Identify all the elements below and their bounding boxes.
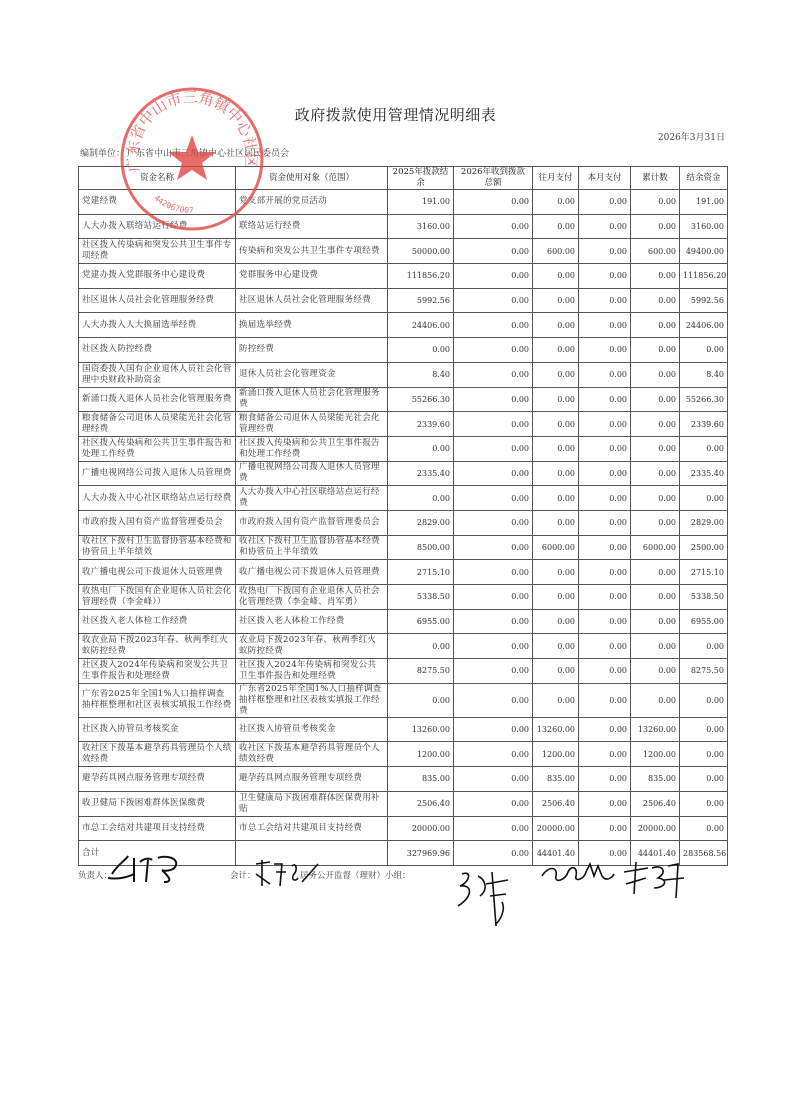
unit-label: 编制单位： [80,149,125,159]
remaining-balance-cell: 2500.00 [680,535,728,560]
received-2026-cell: 0.00 [454,816,533,841]
this-month-paid-cell: 0.00 [579,486,631,511]
this-month-paid-cell: 0.00 [579,767,631,792]
this-month-paid-cell: 0.00 [579,659,631,684]
cumulative-cell: 0.00 [631,264,680,289]
fund-name-cell: 收热电厂下拨国有企业退休人员社会化管理经费（李金峰）） [79,585,236,610]
cumulative-cell: 1200.00 [631,742,680,767]
fund-name-cell: 合计 [79,841,236,866]
report-date: 2026年3月31日 [658,130,725,143]
balance-2025-cell: 20000.00 [388,816,454,841]
previous-months-paid-cell: 0.00 [533,412,579,437]
received-2026-cell: 0.00 [454,313,533,338]
previous-months-paid-cell: 1200.00 [533,742,579,767]
fund-scope-cell: 收热电厂下拨国有企业退休人员社会化管理经费（李金峰、肖军勇） [236,585,388,610]
table-total-row: 合计327969.960.0044401.400.0044401.4028356… [79,841,728,866]
cumulative-cell: 600.00 [631,239,680,264]
balance-2025-cell: 0.00 [388,436,454,461]
accountant-label: 会计： [230,869,256,881]
received-2026-cell: 0.00 [454,264,533,289]
remaining-balance-cell: 2335.40 [680,461,728,486]
previous-months-paid-cell: 13260.00 [533,717,579,742]
remaining-balance-cell: 5992.56 [680,288,728,313]
fund-scope-cell: 市政府拨入国有资产监督管理委员会 [236,510,388,535]
this-month-paid-cell: 0.00 [579,742,631,767]
table-row: 收热电厂下拨国有企业退休人员社会化管理经费（李金峰））收热电厂下拨国有企业退休人… [79,585,728,610]
cumulative-cell: 0.00 [631,683,680,717]
this-month-paid-cell: 0.00 [579,535,631,560]
this-month-paid-cell: 0.00 [579,816,631,841]
balance-2025-cell: 327969.96 [388,841,454,866]
fund-name-cell: 党建办拨入党群服务中心建设费 [79,264,236,289]
received-2026-cell: 0.00 [454,362,533,387]
remaining-balance-cell: 0.00 [680,791,728,816]
fund-scope-cell: 社区拨入老人体检工作经费 [236,609,388,634]
received-2026-cell: 0.00 [454,510,533,535]
balance-2025-cell: 8275.50 [388,659,454,684]
table-row: 收社区下拨基本避孕药具管理员个人绩效经费收社区下拨基本避孕药具管理员个人绩效经费… [79,742,728,767]
remaining-balance-cell: 8275.50 [680,659,728,684]
table-row: 收农业局下拨2023年春、秋两季红火蚁防控经费农业局下拨2023年春、秋两季红火… [79,634,728,659]
this-month-paid-cell: 0.00 [579,560,631,585]
cumulative-cell: 2506.40 [631,791,680,816]
fund-scope-cell: 联络站运行经费 [236,214,388,239]
cumulative-cell: 44401.40 [631,841,680,866]
cumulative-cell: 0.00 [631,486,680,511]
cumulative-cell: 0.00 [631,362,680,387]
cumulative-cell: 0.00 [631,560,680,585]
fund-name-cell: 党建经费 [79,190,236,215]
header-2026-received: 2026年收到拨款总额 [454,167,533,190]
this-month-paid-cell: 0.00 [579,634,631,659]
header-scope: 资金使用对象（范围） [236,167,388,190]
cumulative-cell: 0.00 [631,288,680,313]
fund-scope-cell: 收社区下拨村卫生监督协管基本经费和协管员上半年绩效 [236,535,388,560]
table-row: 人大办拨入中心社区联络站点运行经费人大办拨入中心社区联络站点运行经费0.000.… [79,486,728,511]
fund-name-cell: 社区拨入传染病和公共卫生事件报告和处理工作经费 [79,436,236,461]
remaining-balance-cell: 49400.00 [680,239,728,264]
cumulative-cell: 0.00 [631,214,680,239]
this-month-paid-cell: 0.00 [579,190,631,215]
fund-scope-cell: 收广播电视公司下拨退休人员管理费 [236,560,388,585]
remaining-balance-cell: 0.00 [680,634,728,659]
balance-2025-cell: 13260.00 [388,717,454,742]
balance-2025-cell: 0.00 [388,486,454,511]
cumulative-cell: 0.00 [631,659,680,684]
funds-table: 资金名称 资金使用对象（范围） 2025年拨款结余 2026年收到拨款总额 往月… [78,166,728,866]
previous-months-paid-cell: 2506.40 [533,791,579,816]
received-2026-cell: 0.00 [454,387,533,412]
table-row: 新涌口拨入退休人员社会化管理服务费新涌口拨入退休人员社会化管理服务费55266.… [79,387,728,412]
table-row: 社区拨入2024年传染病和突发公共卫生事件报告和处理经费社区拨入2024年传染病… [79,659,728,684]
remaining-balance-cell: 0.00 [680,742,728,767]
balance-2025-cell: 50000.00 [388,239,454,264]
remaining-balance-cell: 0.00 [680,717,728,742]
balance-2025-cell: 24406.00 [388,313,454,338]
cumulative-cell: 0.00 [631,313,680,338]
cumulative-cell: 0.00 [631,609,680,634]
cumulative-cell: 13260.00 [631,717,680,742]
received-2026-cell: 0.00 [454,742,533,767]
header-2025-balance: 2025年拨款结余 [388,167,454,190]
balance-2025-cell: 1200.00 [388,742,454,767]
previous-months-paid-cell: 0.00 [533,486,579,511]
received-2026-cell: 0.00 [454,659,533,684]
balance-2025-cell: 2339.60 [388,412,454,437]
received-2026-cell: 0.00 [454,535,533,560]
previous-months-paid-cell: 0.00 [533,362,579,387]
fund-scope-cell: 退休人员社会化管理资金 [236,362,388,387]
cumulative-cell: 0.00 [631,634,680,659]
this-month-paid-cell: 0.00 [579,585,631,610]
fund-scope-cell: 收社区下拨基本避孕药具管理员个人绩效经费 [236,742,388,767]
previous-months-paid-cell: 835.00 [533,767,579,792]
fund-scope-cell: 党群服务中心建设费 [236,264,388,289]
balance-2025-cell: 8500.00 [388,535,454,560]
fund-scope-cell [236,841,388,866]
previous-months-paid-cell: 0.00 [533,313,579,338]
received-2026-cell: 0.00 [454,791,533,816]
this-month-paid-cell: 0.00 [579,683,631,717]
this-month-paid-cell: 0.00 [579,609,631,634]
table-row: 社区退休人员社会化管理服务经费社区退休人员社会化管理服务经费5992.560.0… [79,288,728,313]
cumulative-cell: 0.00 [631,338,680,363]
table-row: 人大办拨入人大换届选举经费换届选举经费24406.000.000.000.000… [79,313,728,338]
this-month-paid-cell: 0.00 [579,264,631,289]
balance-2025-cell: 0.00 [388,683,454,717]
previous-months-paid-cell: 0.00 [533,659,579,684]
this-month-paid-cell: 0.00 [579,214,631,239]
table-row: 国资委拨入国有企业退休人员社会化管理中央财政补助资金退休人员社会化管理资金8.4… [79,362,728,387]
fund-scope-cell: 社区拨入传染病和公共卫生事件报告和处理工作经费 [236,436,388,461]
fund-name-cell: 收社区下拨村卫生监督协管基本经费和协管员上半年绩效 [79,535,236,560]
cumulative-cell: 0.00 [631,510,680,535]
balance-2025-cell: 55266.30 [388,387,454,412]
this-month-paid-cell: 0.00 [579,338,631,363]
remaining-balance-cell: 24406.00 [680,313,728,338]
responsible-person-label: 负责人： [78,869,112,881]
remaining-balance-cell: 2715.10 [680,560,728,585]
previous-months-paid-cell: 0.00 [533,288,579,313]
fund-name-cell: 收农业局下拨2023年春、秋两季红火蚁防控经费 [79,634,236,659]
table-row: 收社区下拨村卫生监督协管基本经费和协管员上半年绩效收社区下拨村卫生监督协管基本经… [79,535,728,560]
fund-scope-cell: 防控经费 [236,338,388,363]
received-2026-cell: 0.00 [454,841,533,866]
previous-months-paid-cell: 0.00 [533,683,579,717]
previous-months-paid-cell: 0.00 [533,338,579,363]
fund-name-cell: 社区拨入老人体检工作经费 [79,609,236,634]
this-month-paid-cell: 0.00 [579,387,631,412]
table-row: 收广播电视公司下拨退休人员管理费收广播电视公司下拨退休人员管理费2715.100… [79,560,728,585]
fund-scope-cell: 农业局下拨2023年春、秋两季红火蚁防控经费 [236,634,388,659]
previous-months-paid-cell: 0.00 [533,634,579,659]
remaining-balance-cell: 5338.50 [680,585,728,610]
table-row: 社区拨入老人体检工作经费社区拨入老人体检工作经费6955.000.000.000… [79,609,728,634]
header-cumulative: 累计数 [631,167,680,190]
received-2026-cell: 0.00 [454,288,533,313]
previous-months-paid-cell: 0.00 [533,510,579,535]
remaining-balance-cell: 2829.00 [680,510,728,535]
cumulative-cell: 6000.00 [631,535,680,560]
fund-name-cell: 收卫健局下拨困难群体医保缴费 [79,791,236,816]
remaining-balance-cell: 283568.56 [680,841,728,866]
this-month-paid-cell: 0.00 [579,313,631,338]
balance-2025-cell: 3160.00 [388,214,454,239]
this-month-paid-cell: 0.00 [579,841,631,866]
fund-name-cell: 市总工会结对共建项目支持经费 [79,816,236,841]
received-2026-cell: 0.00 [454,486,533,511]
fund-scope-cell: 广播电视网络公司拨入退休人员管理费 [236,461,388,486]
fund-scope-cell: 避孕药具网点服务管理专项经费 [236,767,388,792]
previous-months-paid-cell: 0.00 [533,214,579,239]
fund-name-cell: 广东省2025年全国1%人口抽样调查抽样框整理和社区表核实填报工作经费 [79,683,236,717]
table-header-row: 资金名称 资金使用对象（范围） 2025年拨款结余 2026年收到拨款总额 往月… [79,167,728,190]
fund-scope-cell: 人大办拨入中心社区联络站点运行经费 [236,486,388,511]
previous-months-paid-cell: 0.00 [533,436,579,461]
balance-2025-cell: 6955.00 [388,609,454,634]
received-2026-cell: 0.00 [454,338,533,363]
remaining-balance-cell: 0.00 [680,436,728,461]
table-row: 党建经费党支部开展的党员活动191.000.000.000.000.00191.… [79,190,728,215]
previous-months-paid-cell: 44401.40 [533,841,579,866]
remaining-balance-cell: 0.00 [680,338,728,363]
fund-scope-cell: 换届选举经费 [236,313,388,338]
balance-2025-cell: 0.00 [388,634,454,659]
fund-scope-cell: 党支部开展的党员活动 [236,190,388,215]
remaining-balance-cell: 0.00 [680,816,728,841]
received-2026-cell: 0.00 [454,585,533,610]
received-2026-cell: 0.00 [454,717,533,742]
supervisor-signature-1-icon [452,866,532,930]
balance-2025-cell: 5992.56 [388,288,454,313]
received-2026-cell: 0.00 [454,239,533,264]
fund-name-cell: 人大办拨入中心社区联络站点运行经费 [79,486,236,511]
this-month-paid-cell: 0.00 [579,436,631,461]
svg-text:广东省中山市三角镇中心社区居民委员会: 广东省中山市三角镇中心社区居民委员会 [118,85,260,173]
this-month-paid-cell: 0.00 [579,288,631,313]
header-previous-months-paid: 往月支付 [533,167,579,190]
previous-months-paid-cell: 600.00 [533,239,579,264]
cumulative-cell: 0.00 [631,190,680,215]
remaining-balance-cell: 0.00 [680,486,728,511]
previous-months-paid-cell: 0.00 [533,264,579,289]
this-month-paid-cell: 0.00 [579,510,631,535]
cumulative-cell: 0.00 [631,436,680,461]
fund-name-cell: 收社区下拨基本避孕药具管理员个人绩效经费 [79,742,236,767]
table-row: 避孕药具网点服务管理专项经费避孕药具网点服务管理专项经费835.000.0083… [79,767,728,792]
cumulative-cell: 0.00 [631,412,680,437]
balance-2025-cell: 2506.40 [388,791,454,816]
fund-name-cell: 国资委拨入国有企业退休人员社会化管理中央财政补助资金 [79,362,236,387]
table-row: 社区拨入传染病和公共卫生事件报告和处理工作经费社区拨入传染病和公共卫生事件报告和… [79,436,728,461]
received-2026-cell: 0.00 [454,634,533,659]
fund-name-cell: 新涌口拨入退休人员社会化管理服务费 [79,387,236,412]
table-row: 收卫健局下拨困难群体医保缴费卫生健康局下拨困难群体医保费用补贴2506.400.… [79,791,728,816]
table-row: 党建办拨入党群服务中心建设费党群服务中心建设费111856.200.000.00… [79,264,728,289]
received-2026-cell: 0.00 [454,609,533,634]
this-month-paid-cell: 0.00 [579,362,631,387]
balance-2025-cell: 835.00 [388,767,454,792]
fund-name-cell: 市政府拨入国有资产监督管理委员会 [79,510,236,535]
remaining-balance-cell: 8.40 [680,362,728,387]
fund-name-cell: 社区退休人员社会化管理服务经费 [79,288,236,313]
this-month-paid-cell: 0.00 [579,791,631,816]
balance-2025-cell: 191.00 [388,190,454,215]
fund-name-cell: 人大办拨入联络站运行经费 [79,214,236,239]
previous-months-paid-cell: 20000.00 [533,816,579,841]
cumulative-cell: 0.00 [631,585,680,610]
table-row: 市总工会结对共建项目支持经费市总工会结对共建项目支持经费20000.000.00… [79,816,728,841]
received-2026-cell: 0.00 [454,412,533,437]
unit-name: 广东省中山市三角镇中心社区居民委员会 [127,149,289,159]
fund-scope-cell: 卫生健康局下拨困难群体医保费用补贴 [236,791,388,816]
received-2026-cell: 0.00 [454,767,533,792]
this-month-paid-cell: 0.00 [579,239,631,264]
fund-name-cell: 人大办拨入人大换届选举经费 [79,313,236,338]
fund-name-cell: 收广播电视公司下拨退休人员管理费 [79,560,236,585]
received-2026-cell: 0.00 [454,683,533,717]
balance-2025-cell: 2335.40 [388,461,454,486]
table-row: 粮食储备公司退休人员梁能光社会化管理经费粮食储备公司退休人员梁能光社会化管理经费… [79,412,728,437]
previous-months-paid-cell: 0.00 [533,190,579,215]
remaining-balance-cell: 55266.30 [680,387,728,412]
supervision-group-label: 居务公开监督（理财）小组： [300,869,411,881]
header-this-month-paid: 本月支付 [579,167,631,190]
fund-scope-cell: 社区退休人员社会化管理服务经费 [236,288,388,313]
fund-name-cell: 粮食储备公司退休人员梁能光社会化管理经费 [79,412,236,437]
document-title: 政府拨款使用管理情况明细表 [0,104,791,125]
received-2026-cell: 0.00 [454,190,533,215]
received-2026-cell: 0.00 [454,461,533,486]
fund-scope-cell: 广东省2025年全国1%人口抽样调查抽样框整理和社区表核实填报工作经费 [236,683,388,717]
fund-scope-cell: 新涌口拨入退休人员社会化管理服务费 [236,387,388,412]
fund-name-cell: 社区拨入传染病和突发公共卫生事件专项经费 [79,239,236,264]
previous-months-paid-cell: 0.00 [533,609,579,634]
fund-scope-cell: 传染病和突发公共卫生事件专项经费 [236,239,388,264]
received-2026-cell: 0.00 [454,214,533,239]
cumulative-cell: 0.00 [631,461,680,486]
received-2026-cell: 0.00 [454,560,533,585]
previous-months-paid-cell: 6000.00 [533,535,579,560]
remaining-balance-cell: 2339.60 [680,412,728,437]
remaining-balance-cell: 3160.00 [680,214,728,239]
fund-scope-cell: 市总工会结对共建项目支持经费 [236,816,388,841]
fund-scope-cell: 社区拨入协管员考核奖金 [236,717,388,742]
balance-2025-cell: 2829.00 [388,510,454,535]
table-row: 社区拨入防控经费防控经费0.000.000.000.000.000.00 [79,338,728,363]
balance-2025-cell: 2715.10 [388,560,454,585]
remaining-balance-cell: 6955.00 [680,609,728,634]
remaining-balance-cell: 0.00 [680,767,728,792]
fund-scope-cell: 粮食储备公司退休人员梁能光社会化管理经费 [236,412,388,437]
remaining-balance-cell: 0.00 [680,683,728,717]
table-row: 广播电视网络公司拨入退休人员管理费广播电视网络公司拨入退休人员管理费2335.4… [79,461,728,486]
cumulative-cell: 20000.00 [631,816,680,841]
previous-months-paid-cell: 0.00 [533,387,579,412]
previous-months-paid-cell: 0.00 [533,461,579,486]
fund-scope-cell: 社区拨入2024年传染病和突发公共卫生事件报告和处理经费 [236,659,388,684]
this-month-paid-cell: 0.00 [579,412,631,437]
table-row: 市政府拨入国有资产监督管理委员会市政府拨入国有资产监督管理委员会2829.000… [79,510,728,535]
balance-2025-cell: 5338.50 [388,585,454,610]
previous-months-paid-cell: 0.00 [533,585,579,610]
this-month-paid-cell: 0.00 [579,461,631,486]
balance-2025-cell: 111856.20 [388,264,454,289]
cumulative-cell: 835.00 [631,767,680,792]
table-row: 广东省2025年全国1%人口抽样调查抽样框整理和社区表核实填报工作经费广东省20… [79,683,728,717]
fund-name-cell: 广播电视网络公司拨入退休人员管理费 [79,461,236,486]
remaining-balance-cell: 191.00 [680,190,728,215]
balance-2025-cell: 0.00 [388,338,454,363]
remaining-balance-cell: 111856.20 [680,264,728,289]
fund-name-cell: 社区拨入防控经费 [79,338,236,363]
cumulative-cell: 0.00 [631,387,680,412]
header-fund-name: 资金名称 [79,167,236,190]
table-row: 社区拨入传染病和突发公共卫生事件专项经费传染病和突发公共卫生事件专项经费5000… [79,239,728,264]
table-row: 社区拨入协管员考核奖金社区拨入协管员考核奖金13260.000.0013260.… [79,717,728,742]
fund-name-cell: 社区拨入协管员考核奖金 [79,717,236,742]
table-row: 人大办拨入联络站运行经费联络站运行经费3160.000.000.000.000.… [79,214,728,239]
previous-months-paid-cell: 0.00 [533,560,579,585]
this-month-paid-cell: 0.00 [579,717,631,742]
header-remaining-balance: 结余资金 [680,167,728,190]
fund-name-cell: 避孕药具网点服务管理专项经费 [79,767,236,792]
balance-2025-cell: 8.40 [388,362,454,387]
received-2026-cell: 0.00 [454,436,533,461]
compiling-unit: 编制单位：广东省中山市三角镇中心社区居民委员会 [78,146,289,159]
fund-name-cell: 社区拨入2024年传染病和突发公共卫生事件报告和处理经费 [79,659,236,684]
